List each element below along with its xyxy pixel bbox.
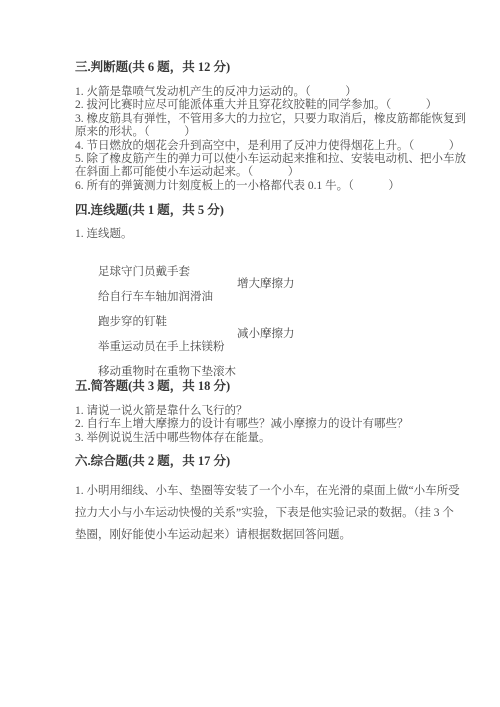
matching-row: 移动重物时在重物下垫滚木 xyxy=(75,353,440,366)
comprehensive-section-heading: 六.综合题(共 2 题，共 17 分) xyxy=(75,454,440,468)
section-short-answer: 五.简答题(共 3 题，共 18 分) 1. 请说一说火箭是靠什么飞行的？ 2.… xyxy=(75,379,440,445)
judgment-question-5: 5. 除了橡皮筋产生的弹力可以使小车运动起来推和拉、安装电动机、把小车放 在斜面… xyxy=(75,153,440,180)
judgment-question-1: 1. 火箭是靠喷气发动机产生的反冲力运动的。（ ） xyxy=(75,86,440,99)
judgment-question-3: 3. 橡皮筋具有弹性，不管用多大的力拉它，只要力取消后，橡皮筋都能恢复到 原来的… xyxy=(75,113,440,140)
judgment-question-list: 1. 火箭是靠喷气发动机产生的反冲力运动的。（ ） 2. 拔河比赛时应尽可能派体… xyxy=(75,86,440,193)
matching-row: 举重运动员在手上抹镁粉 减小摩擦力 xyxy=(75,328,440,341)
section-judgment: 三.判断题(共 6 题，共 12 分) 1. 火箭是靠喷气发动机产生的反冲力运动… xyxy=(75,60,440,193)
matching-row: 跑步穿的钉鞋 xyxy=(75,303,440,316)
short-answer-question-list: 1. 请说一说火箭是靠什么飞行的？ 2. 自行车上增大摩擦力的设计有哪些？减小摩… xyxy=(75,405,440,445)
comprehensive-question-1: 1. 小明用细线、小车、垫圈等安装了一个小车，在光滑的桌面上做“小车所受 拉力大… xyxy=(75,480,440,546)
matching-rows: 足球守门员戴手套 给自行车车轴加润滑油 增大摩擦力 跑步穿的钉鞋 举重运动员在手… xyxy=(75,253,440,366)
short-answer-question-1: 1. 请说一说火箭是靠什么飞行的？ xyxy=(75,405,440,418)
matching-intro: 1. 连线题。 xyxy=(75,228,440,241)
short-answer-section-heading: 五.简答题(共 3 题，共 18 分) xyxy=(75,379,440,393)
judgment-question-4: 4. 节日燃放的烟花会升到高空中，是利用了反冲力使得烟花上升。（ ） xyxy=(75,140,440,153)
matching-right-label: 增大摩擦力 xyxy=(237,278,295,291)
matching-row: 给自行车车轴加润滑油 增大摩擦力 xyxy=(75,278,440,291)
judgment-question-6: 6. 所有的弹簧测力计刻度板上的一小格都代表 0.1 牛。（ ） xyxy=(75,180,440,193)
matching-left-label: 移动重物时在重物下垫滚木 xyxy=(98,366,236,379)
matching-row: 足球守门员戴手套 xyxy=(75,253,440,266)
short-answer-question-2: 2. 自行车上增大摩擦力的设计有哪些？减小摩擦力的设计有哪些？ xyxy=(75,418,440,431)
section-comprehensive: 六.综合题(共 2 题，共 17 分) 1. 小明用细线、小车、垫圈等安装了一个… xyxy=(75,454,440,546)
section-matching: 四.连线题(共 1 题，共 5 分) 1. 连线题。 足球守门员戴手套 给自行车… xyxy=(75,203,440,366)
short-answer-question-3: 3. 举例说说生活中哪些物体存在能量。 xyxy=(75,432,440,445)
judgment-section-heading: 三.判断题(共 6 题，共 12 分) xyxy=(75,60,440,74)
matching-right-label: 减小摩擦力 xyxy=(237,328,295,341)
judgment-question-2: 2. 拔河比赛时应尽可能派体重大并且穿花纹胶鞋的同学参加。（ ） xyxy=(75,99,440,112)
matching-section-heading: 四.连线题(共 1 题，共 5 分) xyxy=(75,203,440,217)
exam-page: 三.判断题(共 6 题，共 12 分) 1. 火箭是靠喷气发动机产生的反冲力运动… xyxy=(0,0,500,707)
